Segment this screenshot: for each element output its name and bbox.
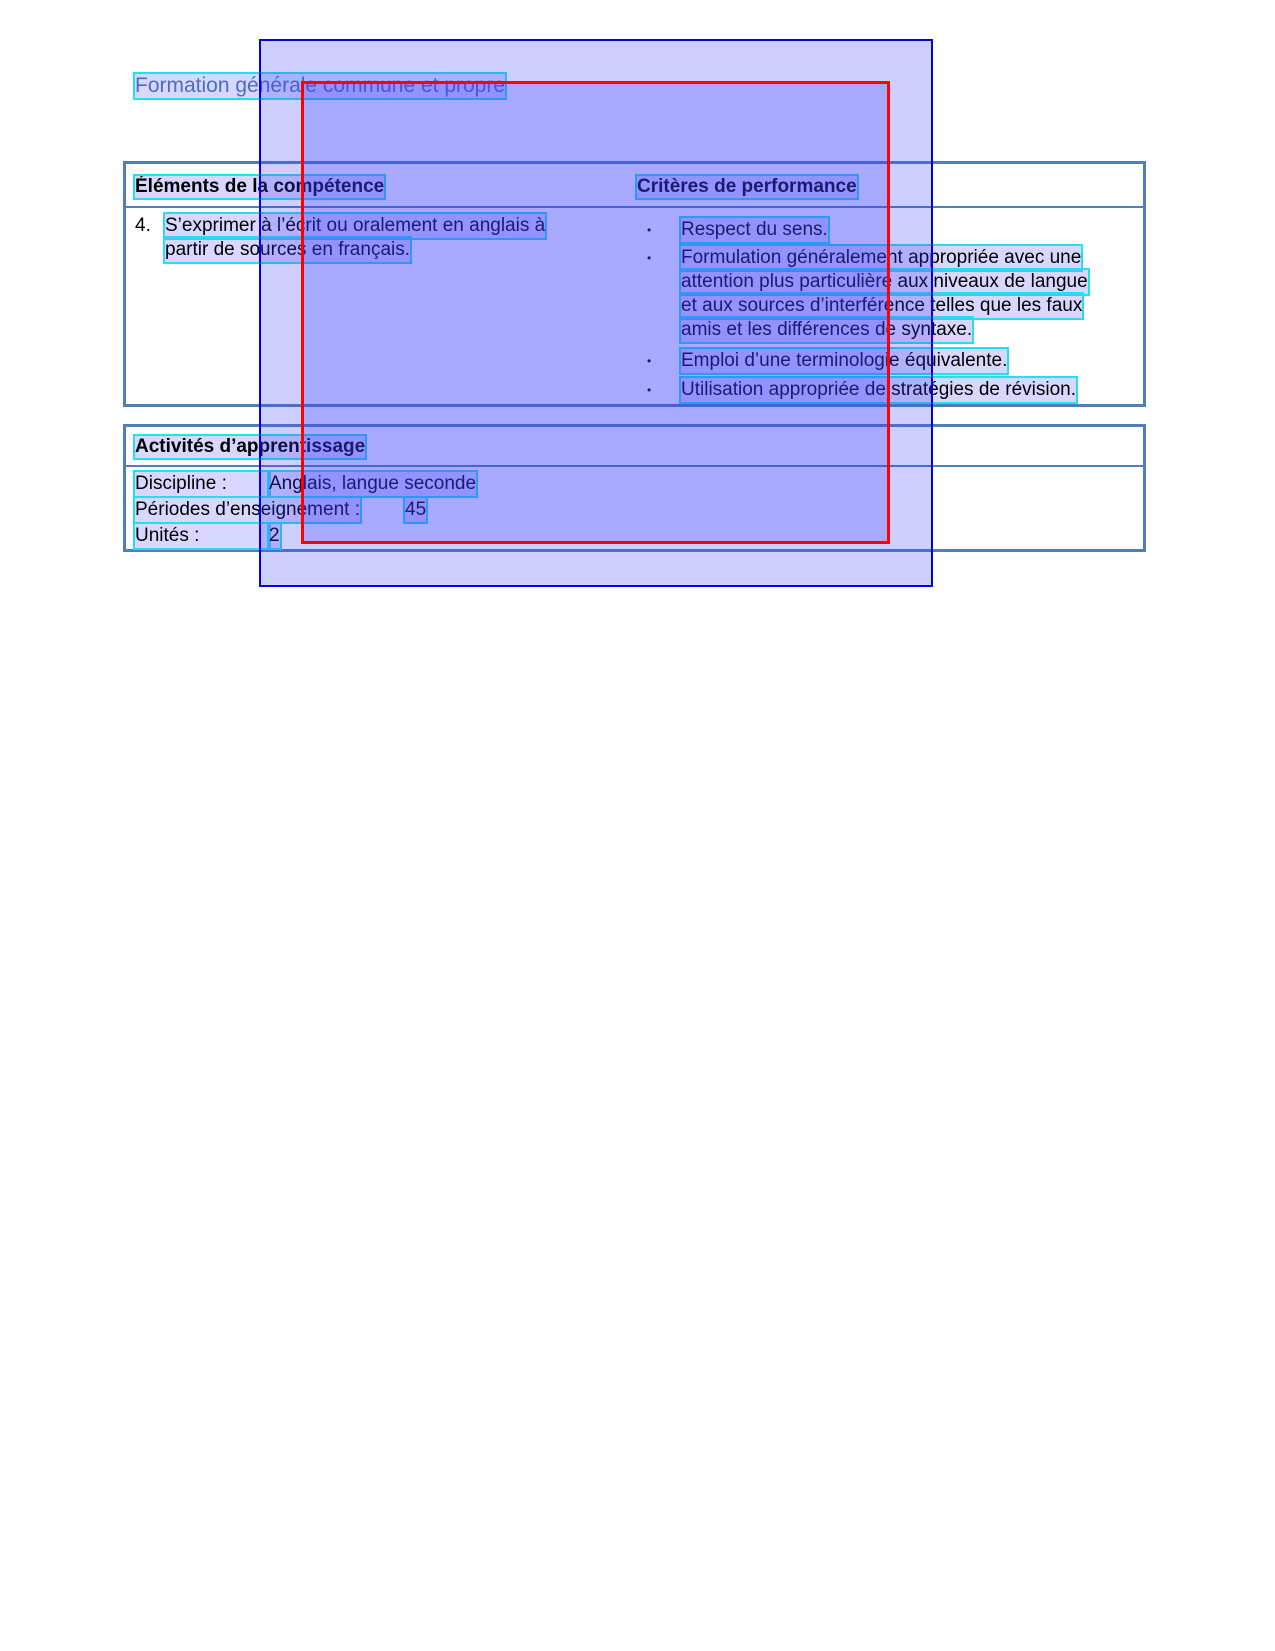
element-number: 4. <box>135 215 151 236</box>
discipline-label: Discipline : <box>135 472 269 496</box>
units-label: Unités : <box>135 524 269 548</box>
annotation-inner-box <box>301 81 890 544</box>
element-item: 4. <box>135 214 151 238</box>
